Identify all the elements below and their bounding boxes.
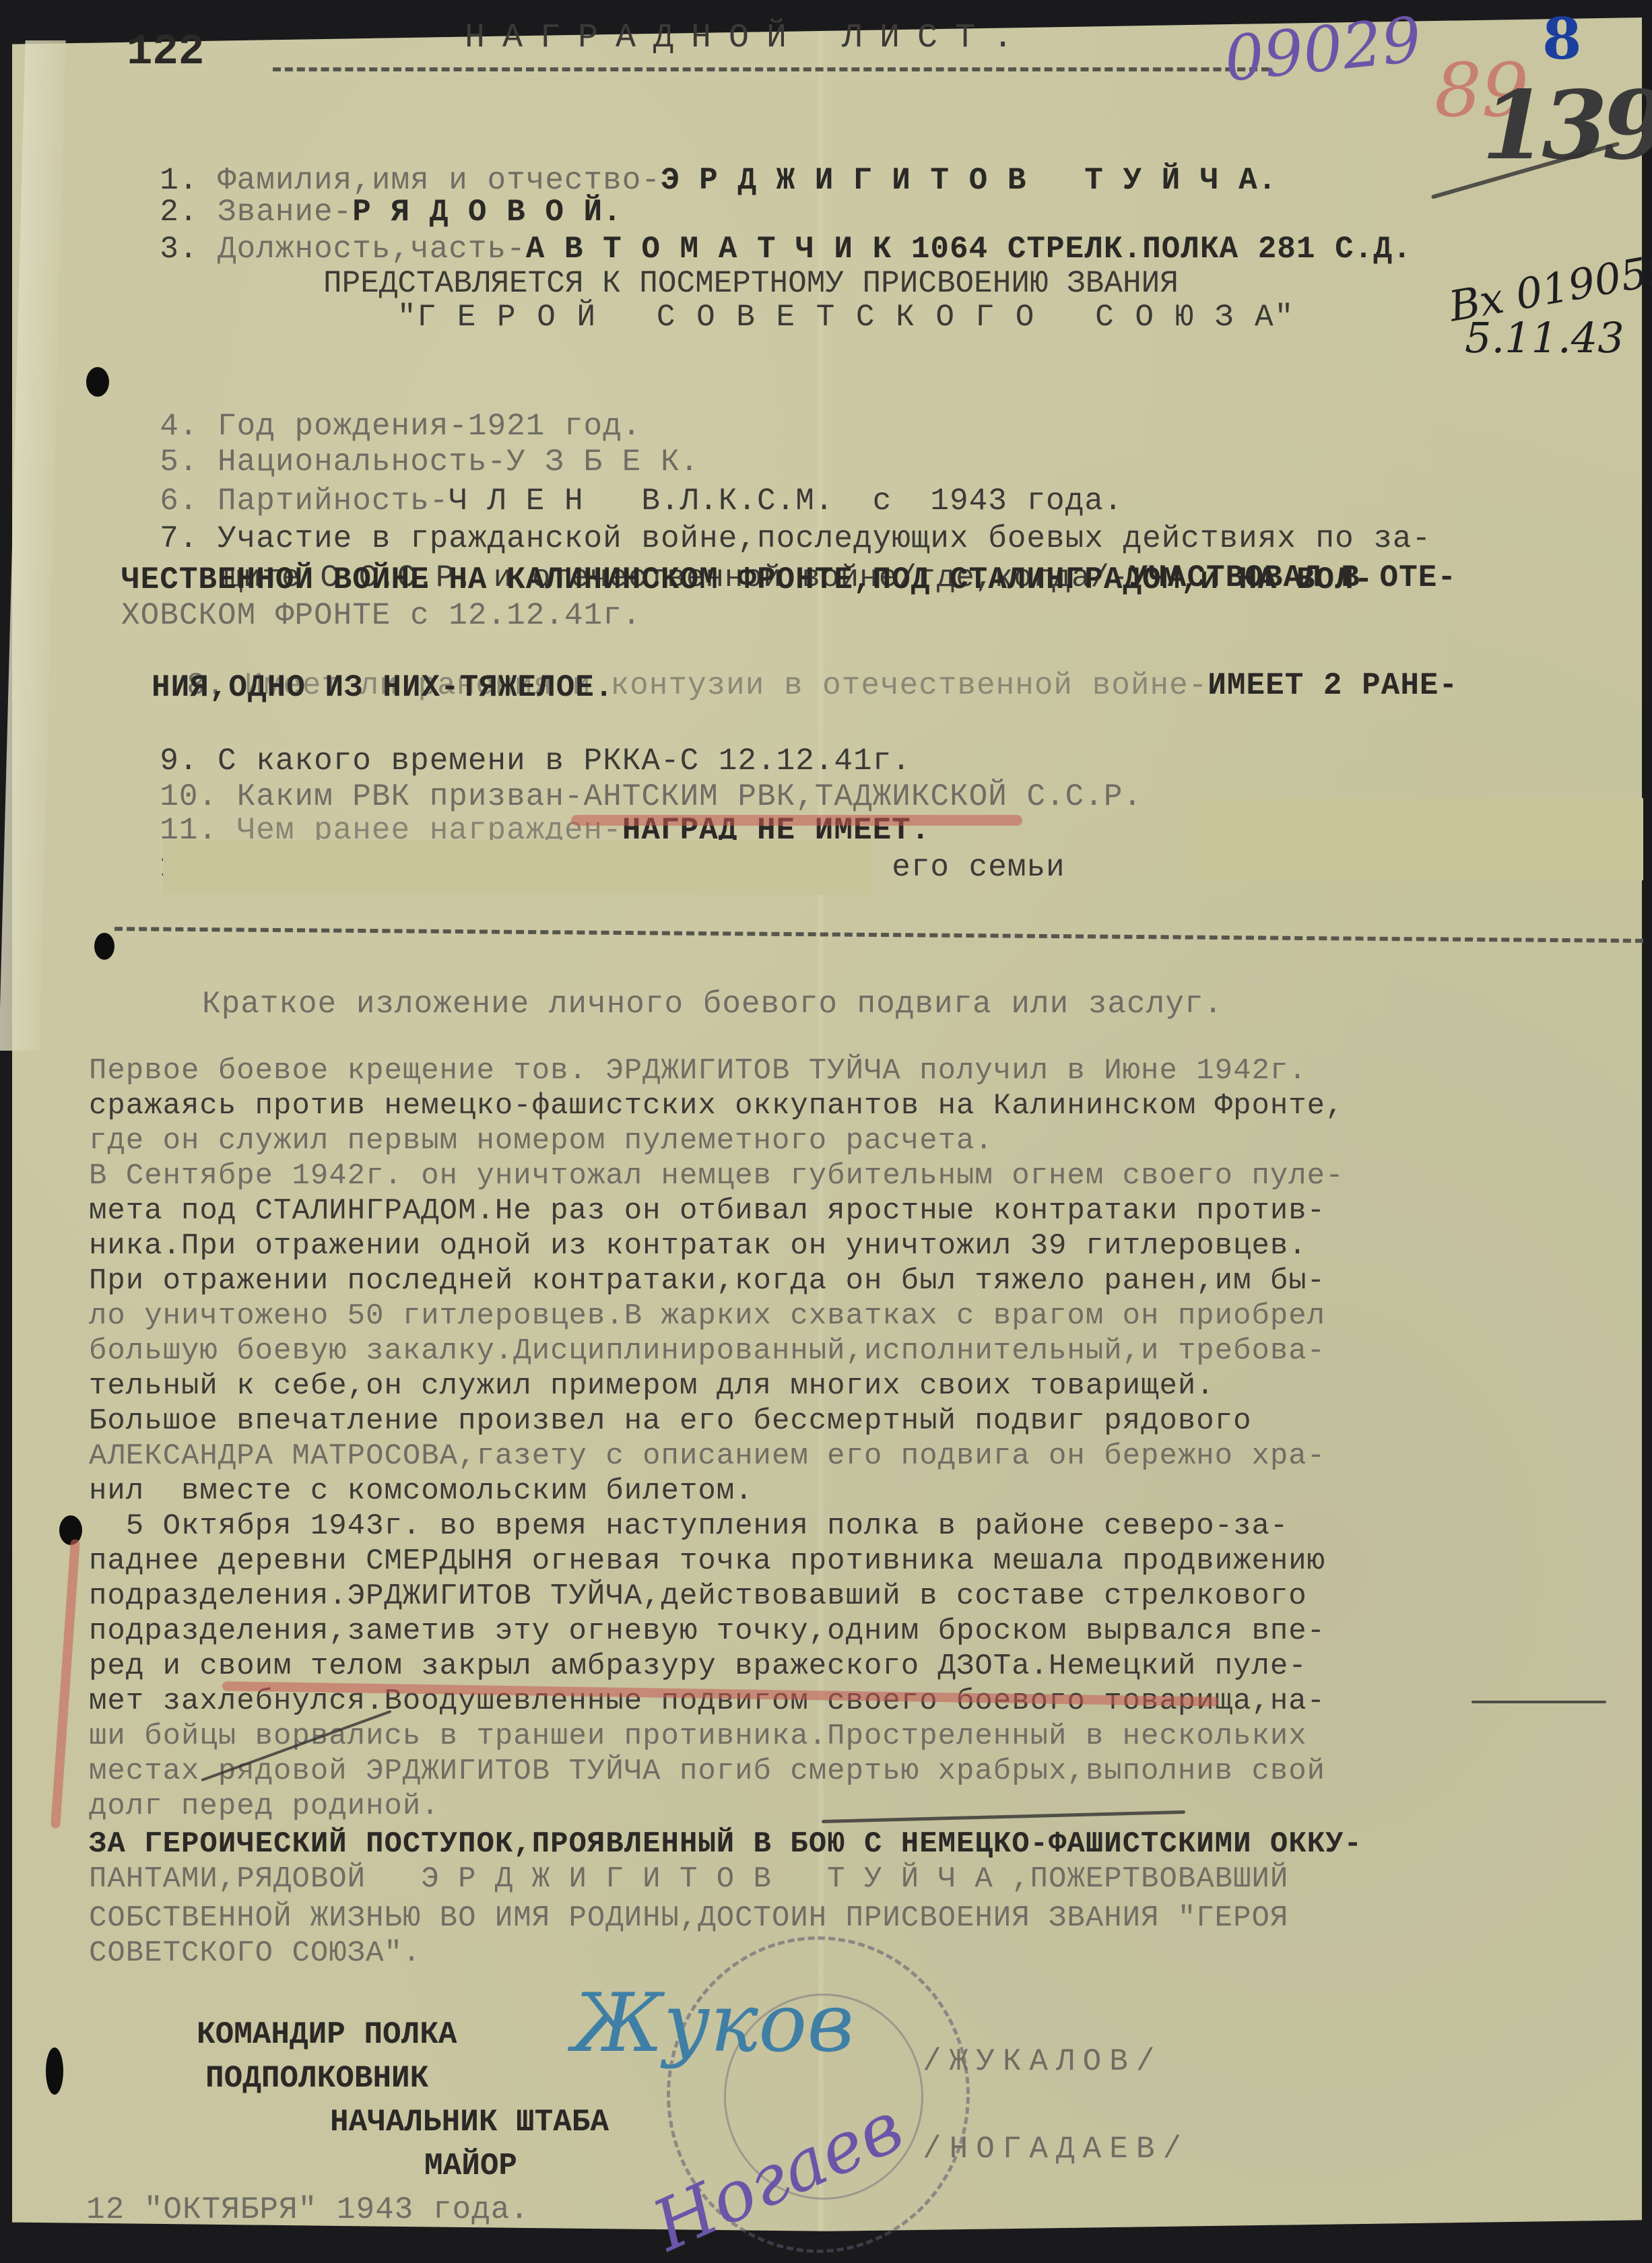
incoming-date: 5.11.43 bbox=[1465, 313, 1624, 362]
commander-name: /ЖУКАЛОВ/ bbox=[923, 2044, 1162, 2079]
chief-of-staff-rank: МАЙОР bbox=[424, 2149, 517, 2184]
summary-line: сражаясь против немецко-фашистских оккуп… bbox=[89, 1089, 1362, 1123]
summary-line: ред и своим телом закрыл амбразуру враже… bbox=[89, 1649, 1362, 1683]
summary-line: мета под СТАЛИНГРАДОМ.Не раз он отбивал … bbox=[89, 1194, 1362, 1228]
summary-heading: Краткое изложение личного боевого подвиг… bbox=[202, 987, 1223, 1022]
field-value: А В Т О М А Т Ч И К 1064 СТРЕЛК.ПОЛКА 28… bbox=[526, 232, 1412, 267]
summary-line: ло уничтожено 50 гитлеровцев.В жарких сх… bbox=[89, 1299, 1362, 1333]
field-7-value-cont-2: ХОВСКОМ ФРОНТЕ с 12.12.41г. bbox=[121, 598, 641, 633]
document-title: НАГРАДНОЙ ЛИСТ. bbox=[465, 19, 1030, 57]
summary-line: нил вместе с комсомольским билетом. bbox=[89, 1474, 1362, 1508]
commander-title: КОМАНДИР ПОЛКА bbox=[197, 2017, 457, 2052]
nomination-line-1: ПРЕДСТАВЛЯЕТСЯ К ПОСМЕРТНОМУ ПРИСВОЕНИЮ … bbox=[323, 266, 1179, 301]
field-number: 3. bbox=[160, 232, 198, 267]
conclusion-line: ЗА ГЕРОИЧЕСКИЙ ПОСТУПОК,ПРОЯВЛЕННЫЙ В БО… bbox=[89, 1827, 1362, 1861]
conclusion-line: СОБСТВЕННОЙ ЖИЗНЬЮ ВО ИМЯ РОДИНЫ,ДОСТОИН… bbox=[89, 1901, 1362, 1935]
summary-line: ши бойцы ворвались в траншеи противника.… bbox=[89, 1719, 1362, 1753]
summary-line: При отражении последней контратаки,когда… bbox=[89, 1264, 1362, 1298]
summary-line: В Сентябре 1942г. он уничтожал немцев гу… bbox=[89, 1159, 1362, 1193]
pencil-underline bbox=[1472, 1701, 1606, 1703]
punch-hole bbox=[86, 367, 109, 397]
summary-line: подразделения.ЭРДЖИГИТОВ ТУЙЧА,действова… bbox=[89, 1579, 1362, 1613]
punch-hole bbox=[94, 933, 114, 960]
summary-line: паднее деревни СМЕРДЫНЯ огневая точка пр… bbox=[89, 1544, 1362, 1578]
summary-line: 5 Октября 1943г. во время наступления по… bbox=[89, 1509, 1362, 1543]
redacted-address-block bbox=[163, 840, 871, 895]
chief-of-staff-name: /НОГАДАЕВ/ bbox=[923, 2132, 1189, 2167]
summary-line: АЛЕКСАНДРА МАТРОСОВА,газету с описанием … bbox=[89, 1439, 1362, 1473]
summary-body: Первое боевое крещение тов. ЭРДЖИГИТОВ Т… bbox=[89, 1054, 1362, 1970]
summary-line: Первое боевое крещение тов. ЭРДЖИГИТОВ Т… bbox=[89, 1054, 1362, 1088]
conclusion-line: ПАНТАМИ,РЯДОВОЙ Э Р Д Ж И Г И Т О В Т У … bbox=[89, 1862, 1362, 1896]
summary-line: большую боевую закалку.Дисциплинированны… bbox=[89, 1334, 1362, 1368]
redacted-address-block bbox=[1185, 798, 1643, 880]
summary-line: Большое впечатление произвел на его бесс… bbox=[89, 1404, 1362, 1438]
commander-signature: Жуков bbox=[572, 1977, 854, 2070]
field-value: Э Р Д Ж И Г И Т О В Т У Й Ч А. bbox=[661, 163, 1277, 198]
chief-of-staff-title: НАЧАЛЬНИК ШТАБА bbox=[330, 2105, 609, 2140]
archive-number-pencil: 139 bbox=[1482, 71, 1652, 181]
field-8-value-cont: НИЯ,ОДНО ИЗ НИХ-ТЯЖЕЛОЕ. bbox=[152, 670, 614, 705]
nomination-line-2: "Г Е Р О Й С О В Е Т С К О Г О С О Ю З А… bbox=[397, 300, 1294, 335]
summary-line: долг перед родиной. bbox=[89, 1790, 1362, 1823]
summary-line: где он служил первым номером пулеметного… bbox=[89, 1124, 1362, 1158]
punch-hole bbox=[46, 2047, 63, 2095]
document-date: 12 "ОКТЯБРЯ" 1943 года. bbox=[86, 2192, 529, 2227]
summary-line: подразделения,заметив эту огневую точку,… bbox=[89, 1614, 1362, 1648]
field-7-value-cont-1: ЧЕСТВЕННОЙ ВОЙНЕ НА КАЛИНИНСКОМ ФРОНТЕ,П… bbox=[121, 562, 1373, 597]
summary-line: местах рядовой ЭРДЖИГИТОВ ТУЙЧА погиб см… bbox=[89, 1754, 1362, 1788]
page-number: 122 bbox=[127, 28, 204, 77]
title-underline bbox=[273, 67, 1269, 71]
field-3: 3. Должность,часть-А В Т О М А Т Ч И К 1… bbox=[121, 197, 1412, 267]
commander-rank: ПОДПОЛКОВНИК bbox=[205, 2061, 428, 2096]
conclusion-line: СОВЕТСКОГО СОЮЗА". bbox=[89, 1936, 1362, 1970]
summary-line: тельный к себе,он служил примером для мн… bbox=[89, 1369, 1362, 1403]
archive-number-blue: 8 bbox=[1542, 5, 1581, 72]
field-label: Должность,часть- bbox=[218, 232, 526, 267]
field-value: ИМЕЕТ 2 РАНЕ- bbox=[1208, 668, 1458, 703]
summary-line: ника.При отражении одной из контратак он… bbox=[89, 1229, 1362, 1263]
